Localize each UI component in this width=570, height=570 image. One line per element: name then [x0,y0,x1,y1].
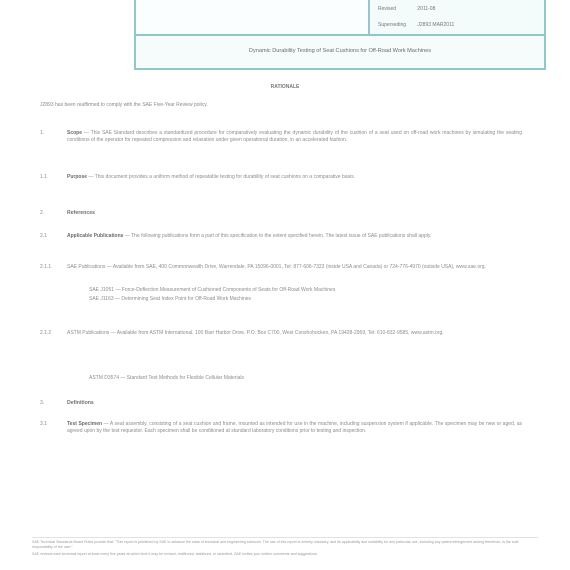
rationale-text: J2893 has been reaffirmed to comply with… [40,102,520,109]
header-row-revised: Revised 2011-08 [378,6,435,12]
header-logo-area [136,0,368,34]
section-heading-definitions: Definitions [67,400,94,406]
reference-item: ASTM D3574 — Standard Test Methods for F… [89,375,509,382]
section-number: 2.1 [40,233,47,239]
section-number: 2.1.2 [40,330,51,336]
section-scope: Scope — This SAE Standard describes a st… [67,130,522,145]
header-row-superseding: Superseding J2893 MAR2011 [378,22,454,28]
section-purpose: Purpose — This document provides a unifo… [67,174,522,181]
section-heading-references: References [67,210,95,216]
legal-footer: SAE Technical Standards Board Rules prov… [32,537,538,557]
header-meta: Revised 2011-08 Superseding J2893 MAR201… [368,0,544,34]
footer-line: SAE reviews each technical report at lea… [32,552,538,557]
section-number: 3.1 [40,421,47,427]
section-number: 2. [40,210,44,216]
document-title: Dynamic Durability Testing of Seat Cushi… [136,36,544,66]
reference-item: SAE J1163 — Determining Seat Index Point… [89,296,509,303]
reference-item: SAE J1051 — Force-Deflection Measurement… [89,287,509,294]
section-number: 2.1.1 [40,264,51,270]
section-applicable-publications: Applicable Publications — The following … [67,233,522,240]
rationale-heading: RATIONALE [0,84,570,91]
section-sae-publications: SAE Publications — Available from SAE, 4… [67,264,522,271]
section-number: 1.1 [40,174,47,180]
section-number: 3. [40,400,44,406]
section-test-specimen: Test Specimen — A seat assembly, consist… [67,421,522,436]
header-box: Revised 2011-08 Superseding J2893 MAR201… [134,0,546,70]
section-astm-publications: ASTM Publications — Available from ASTM … [67,330,522,337]
section-number: 1. [40,130,44,136]
document-page: Revised 2011-08 Superseding J2893 MAR201… [0,0,570,570]
footer-line: SAE Technical Standards Board Rules prov… [32,537,538,550]
header-top: Revised 2011-08 Superseding J2893 MAR201… [136,0,544,36]
